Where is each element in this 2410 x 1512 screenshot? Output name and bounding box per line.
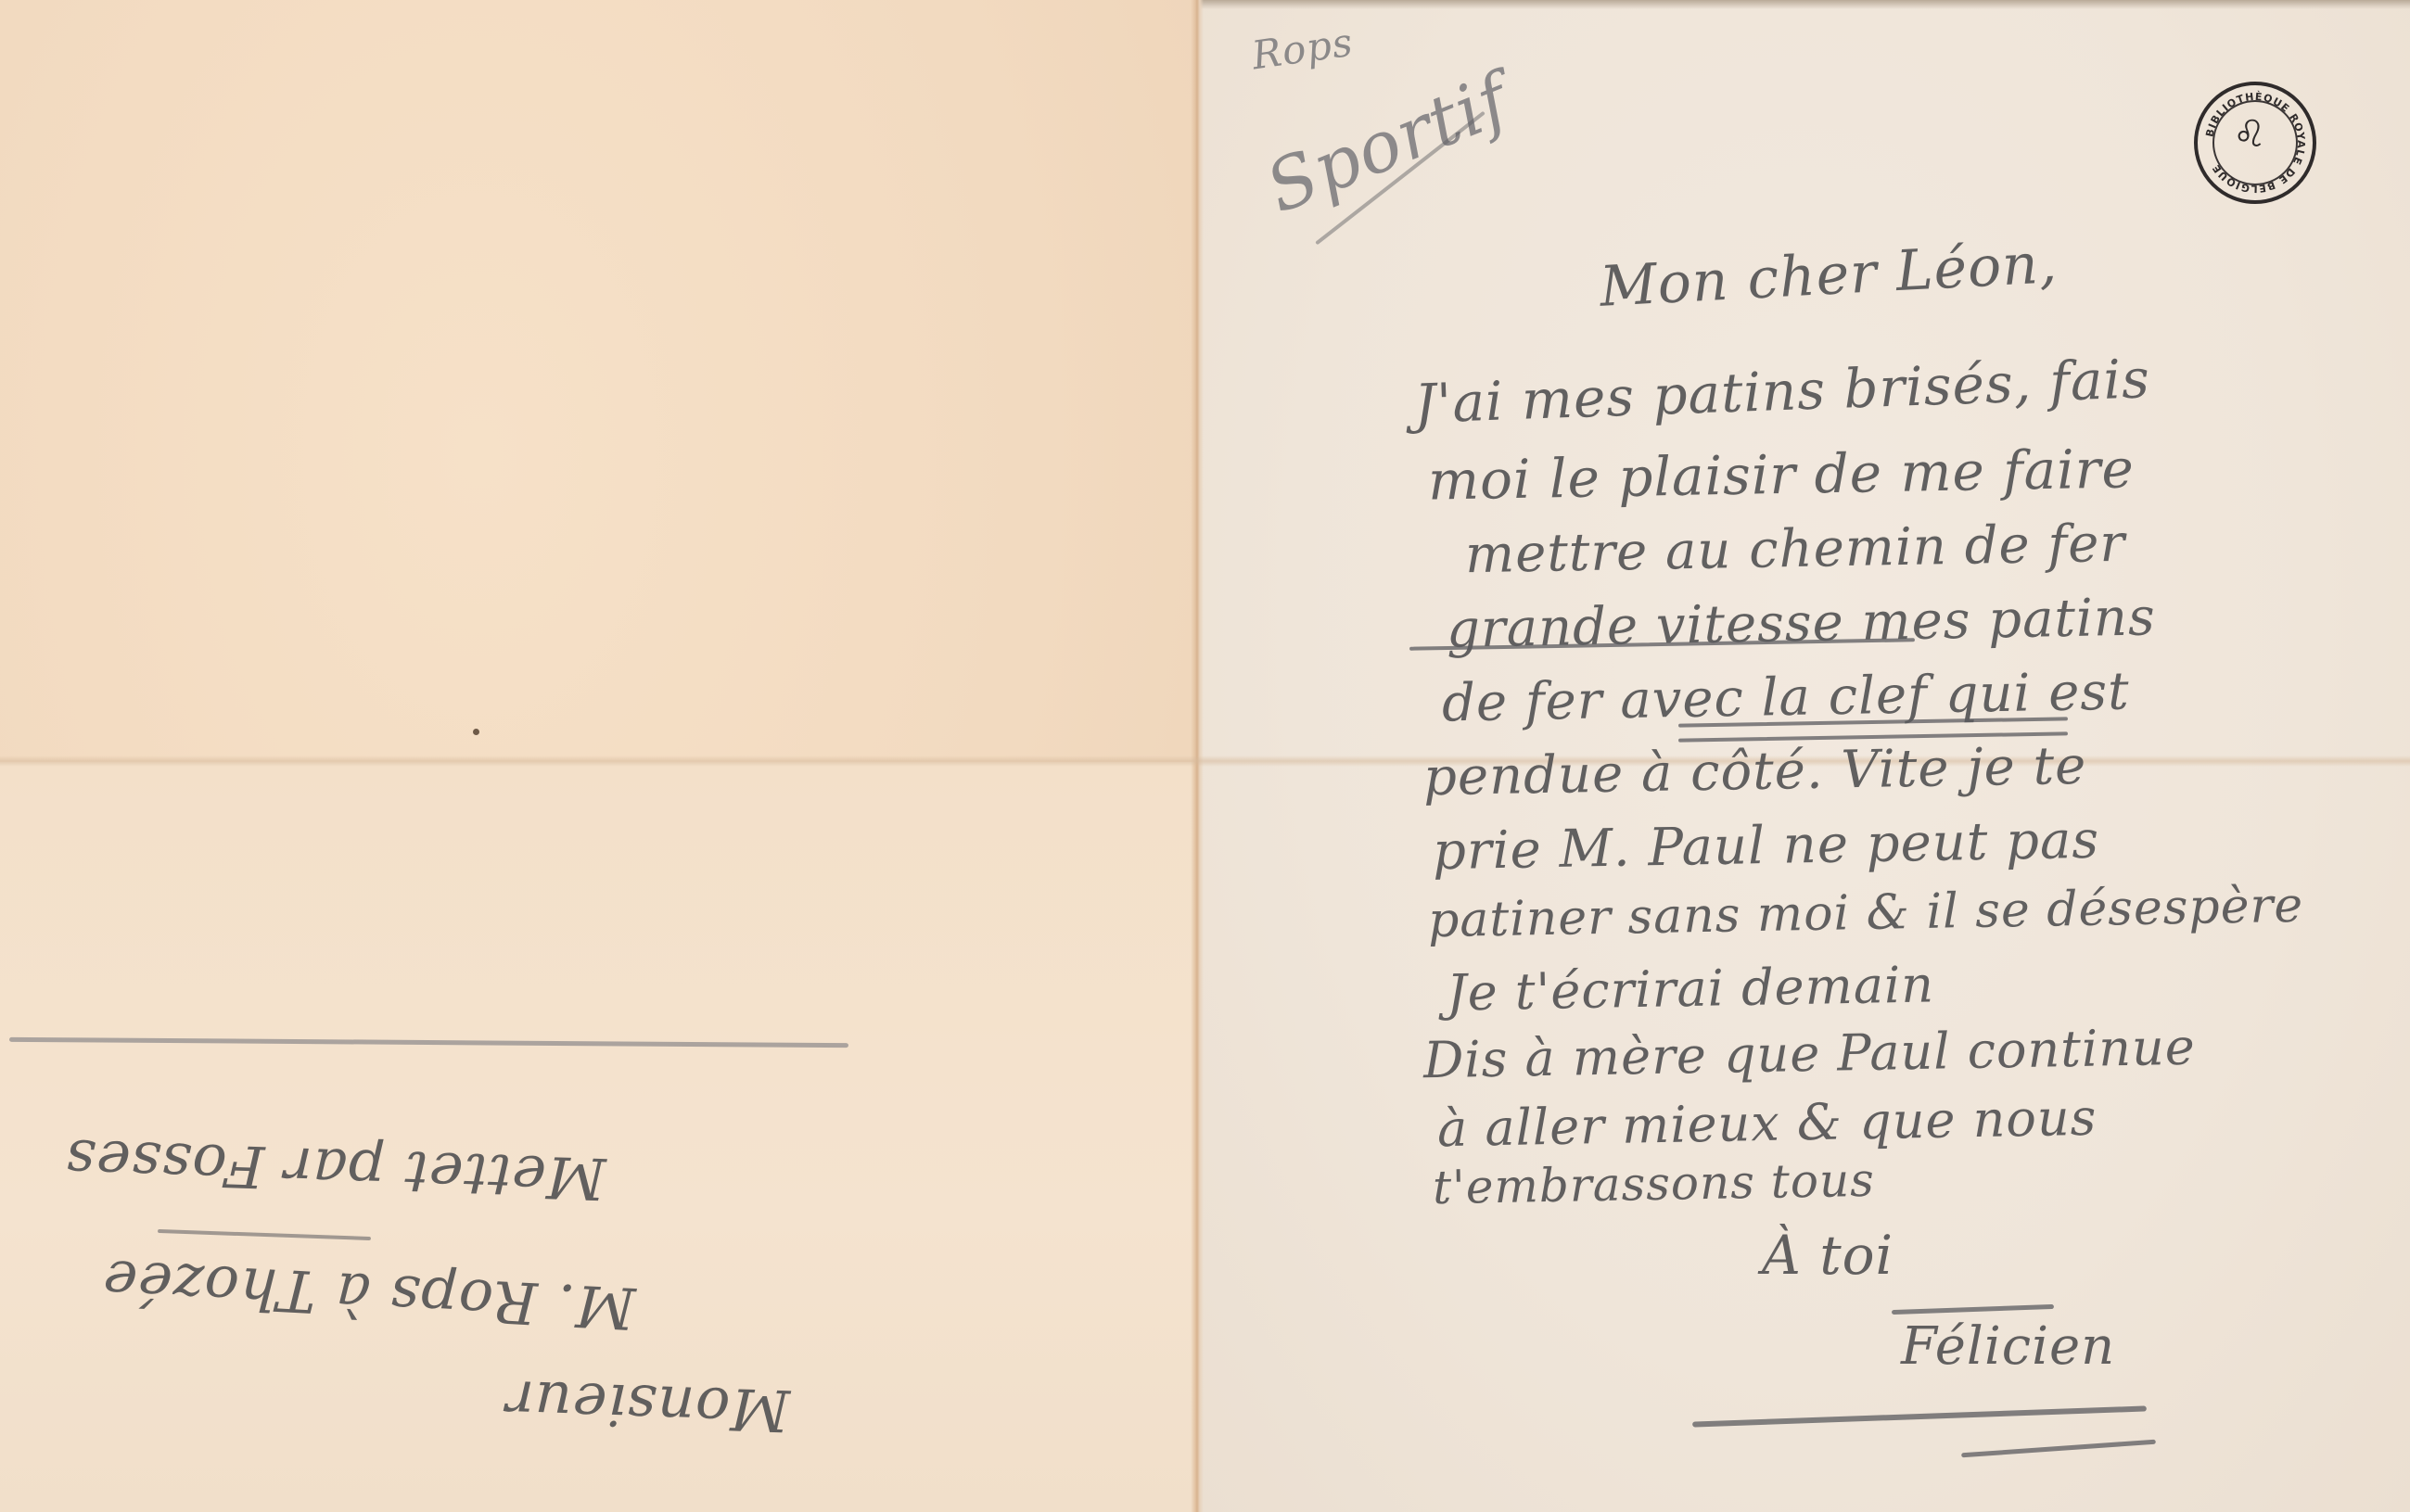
closing: À toi bbox=[1762, 1224, 1894, 1287]
address-line-1: Monsieur bbox=[504, 1367, 791, 1445]
letter-line-9: Je t'écrirai demain bbox=[1446, 955, 1934, 1022]
letter-line-3: mettre au chemin de fer bbox=[1464, 514, 2125, 585]
signature: Félicien bbox=[1901, 1316, 2115, 1377]
letter-line-11: à aller mieux & que nous bbox=[1437, 1088, 2098, 1158]
letter-line-2: moi le plaisir de me faire bbox=[1427, 437, 2135, 512]
letter-line-4: grande vitesse mes patins bbox=[1446, 587, 2156, 659]
library-stamp: BIBLIOTHÈQUE ROYALE DE BELGIQUE ♌ bbox=[2194, 82, 2316, 204]
letter-line-6: pendue à côté. Vite je te bbox=[1422, 736, 2086, 807]
letter-line-7: prie M. Paul ne peut pas bbox=[1432, 810, 2099, 883]
letter-line-12: t'embrassons tous bbox=[1433, 1153, 1876, 1214]
letter-scan: Rops Sportif BIBLIOTHÈQUE ROYALE DE BELG… bbox=[0, 0, 2410, 1512]
paper-speck bbox=[473, 729, 479, 735]
lion-emblem-icon: ♌ bbox=[2233, 113, 2266, 156]
paper-top-edge bbox=[1198, 0, 2410, 9]
